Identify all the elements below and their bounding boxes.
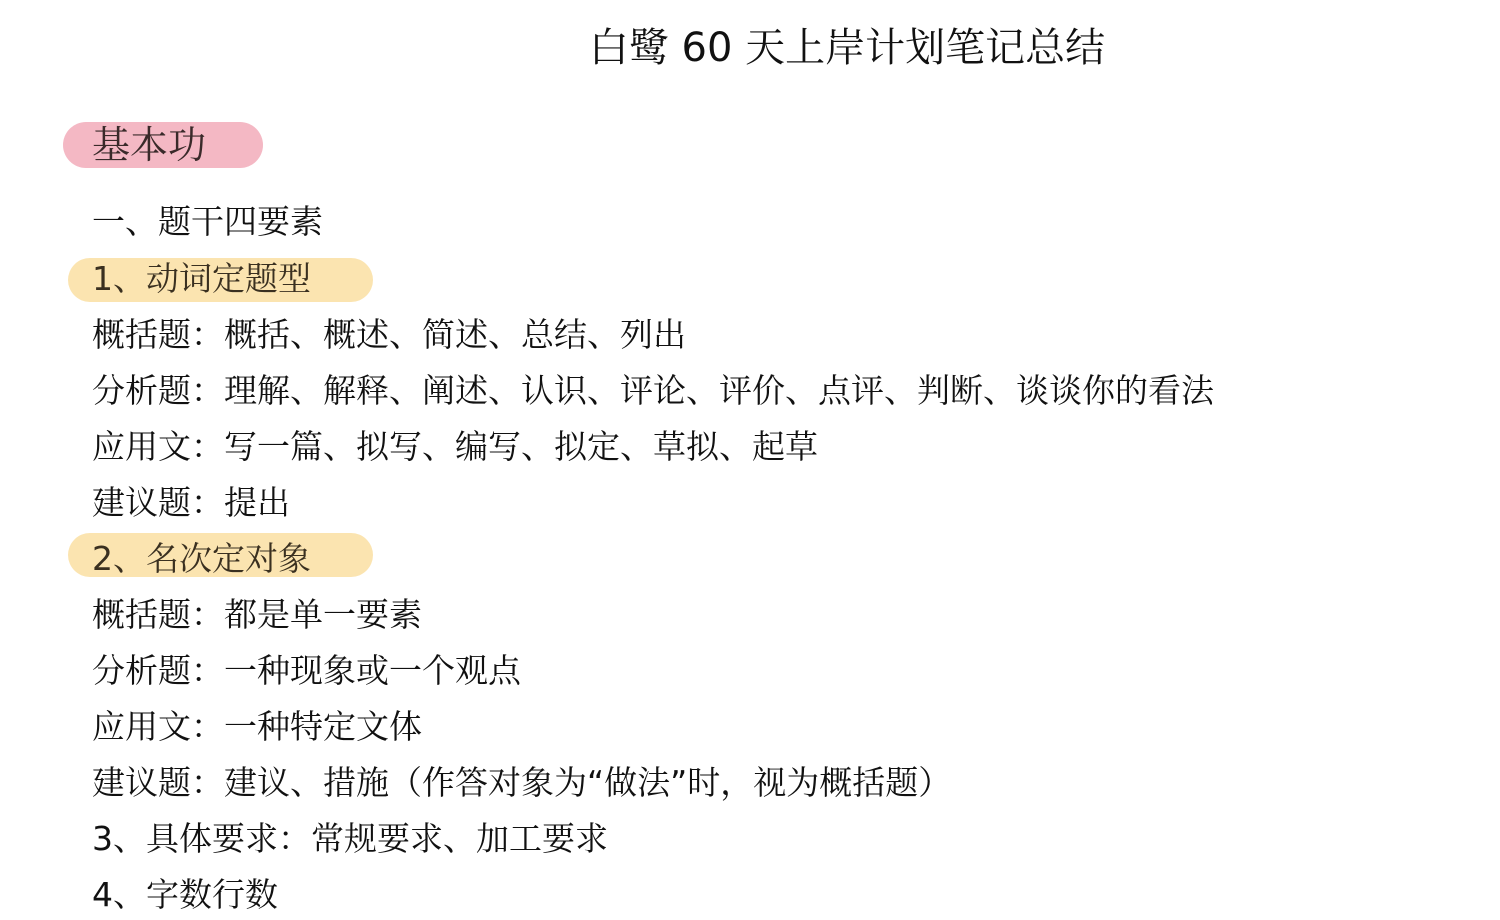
verb-line: 应用文：写一篇、拟写、编写、拟定、草拟、起草 [92,425,818,469]
page-title: 白鹭 60 天上岸计划笔记总结 [0,22,1500,74]
verb-line: 分析题：理解、解释、阐述、认识、评论、评价、点评、判断、谈谈你的看法 [92,369,1214,413]
section-label: 基本功 [92,120,206,170]
noun-line: 建议题：建议、措施（作答对象为“做法”时，视为概括题） [92,761,951,805]
noun-line: 应用文：一种特定文体 [92,705,422,749]
noun-line: 概括题：都是单一要素 [92,593,422,637]
noun-line: 分析题：一种现象或一个观点 [92,649,521,693]
item-word-count: 4、字数行数 [92,873,278,917]
verb-line: 概括题：概括、概述、简述、总结、列出 [92,313,686,357]
item-requirements: 3、具体要求：常规要求、加工要求 [92,817,608,861]
heading: 一、题干四要素 [92,200,323,244]
subheading-nouns: 2、名次定对象 [92,537,311,581]
subheading-verbs: 1、动词定题型 [92,257,311,301]
verb-line: 建议题：提出 [92,481,290,525]
